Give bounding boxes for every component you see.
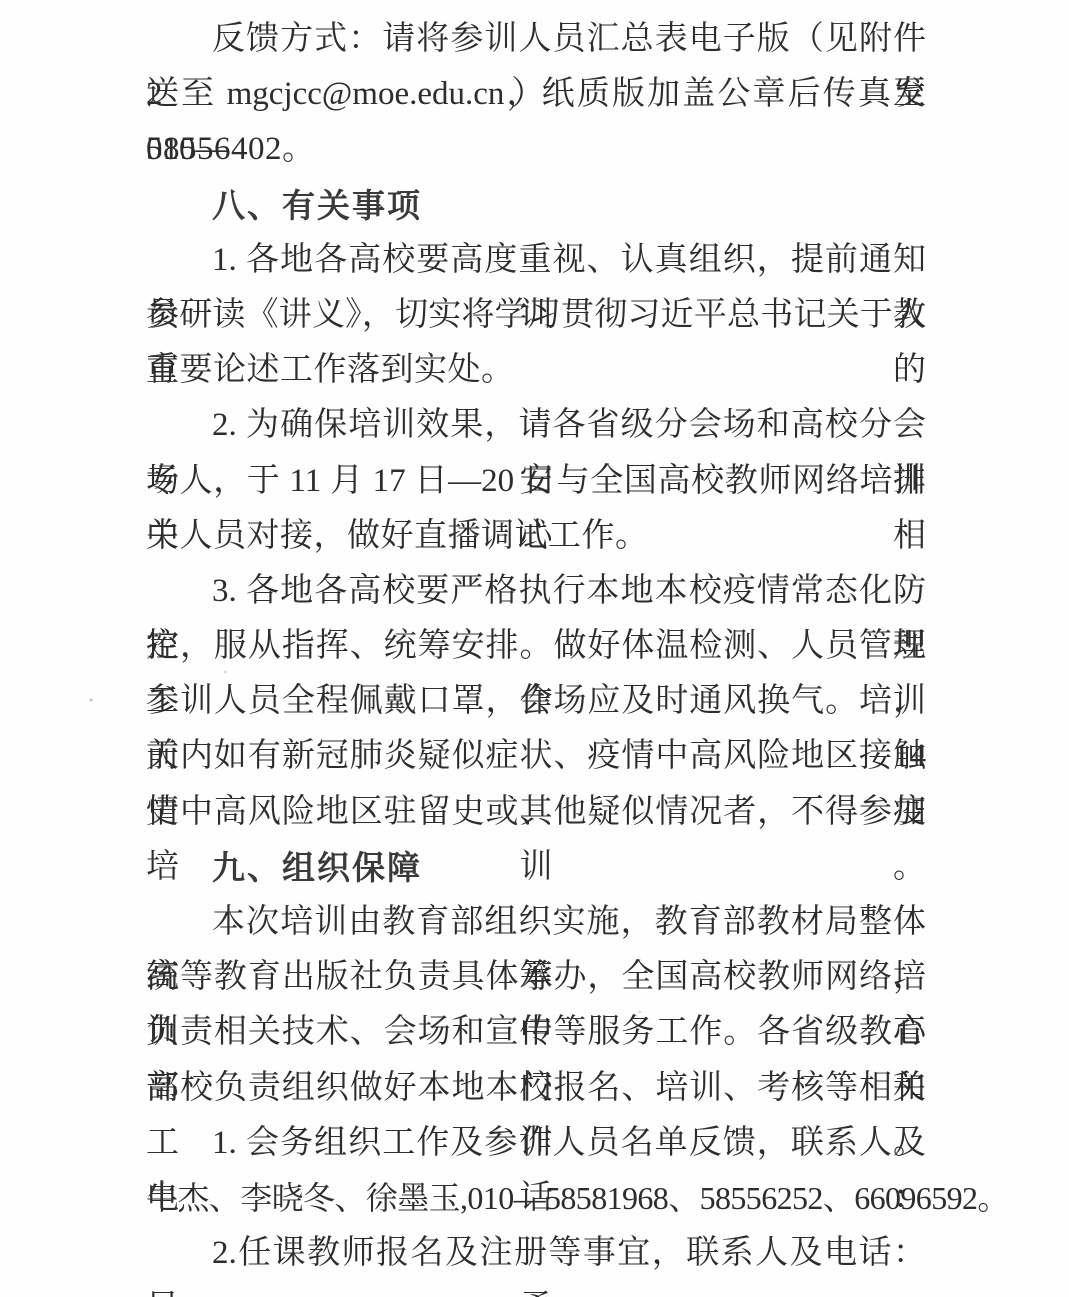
- body-text-line: 1. 各地各高校要高度重视、认真组织，提前通知参训人: [146, 233, 926, 288]
- body-text-line: 送至 mgcjcc@moe.edu.cn，纸质版加盖公章后传真至 010—: [146, 67, 926, 122]
- body-text-line: 情中高风险地区驻留史或其他疑似情况者，不得参加培训。: [146, 785, 926, 840]
- body-text-line: 1. 会务组织工作及参训人员名单反馈，联系人及电话：: [146, 1116, 926, 1171]
- body-text-line: 员研读《讲义》，切实将学习贯彻习近平总书记关于教育的: [146, 288, 926, 343]
- body-text-line: 定，服从指挥、统筹安排。做好体温检测、人员管理工作，: [146, 619, 926, 674]
- body-text-line: 高等教育出版社负责具体承办，全国高校教师网络培训中心: [146, 950, 926, 1005]
- body-text-line: 3. 各地各高校要严格执行本地本校疫情常态化防控规: [146, 564, 926, 619]
- body-text-line: 高校负责组织做好本地本校报名、培训、考核等相关工作。: [146, 1061, 926, 1116]
- body-text-line: 牛杰、李晓冬、徐墨玉,010—58581968、58556252、6609659…: [146, 1171, 926, 1226]
- body-text-line: 2. 为确保培训效果，请各省级分会场和高校分会场安排: [146, 398, 926, 453]
- body-text-line: 58556402。: [146, 122, 926, 177]
- body-text-line: 反馈方式：请将参训人员汇总表电子版（见附件 2）发: [146, 12, 926, 67]
- body-text-line: 参训人员全程佩戴口罩，会场应及时通风换气。培训前 14: [146, 674, 926, 729]
- body-text-line: 本次培训由教育部组织实施，教育部教材局整体统筹，: [146, 895, 926, 950]
- body-text-line: 负责相关技术、会场和宣传等服务工作。各省级教育部门和: [146, 1005, 926, 1060]
- section-heading: 八、有关事项: [146, 178, 926, 233]
- document-page: 反馈方式：请将参训人员汇总表电子版（见附件 2）发送至 mgcjcc@moe.e…: [0, 0, 1069, 1297]
- body-text-line: 专人，于 11 月 17 日—20 日与全国高校教师网络培训中心相: [146, 454, 926, 509]
- body-text-line: 天内如有新冠肺炎疑似症状、疫情中高风险地区接触史、疫: [146, 729, 926, 784]
- document-text-block: 反馈方式：请将参训人员汇总表电子版（见附件 2）发送至 mgcjcc@moe.e…: [146, 12, 926, 1281]
- body-text-line: 2.任课教师报名及注册等事宜，联系人及电话：吴勇、: [146, 1226, 926, 1281]
